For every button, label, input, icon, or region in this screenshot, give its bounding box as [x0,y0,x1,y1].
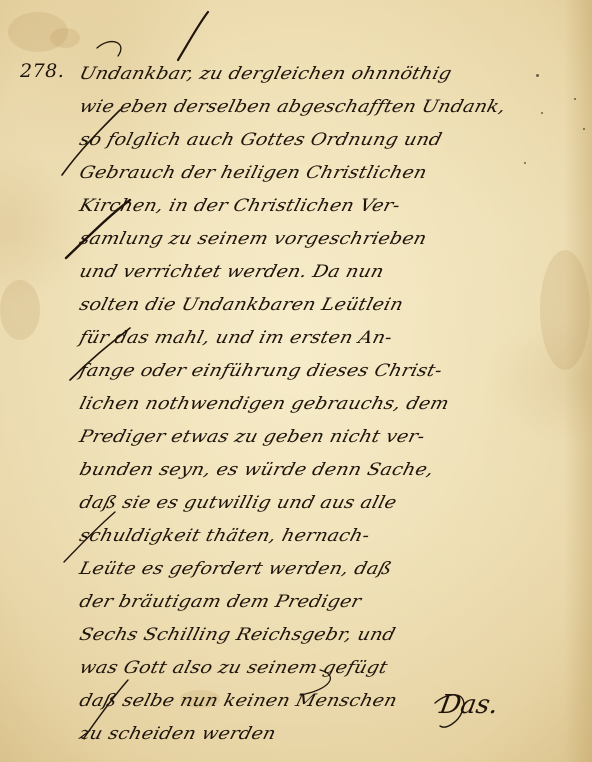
text-line: was Gott also zu seinem gefügt [76,653,523,683]
text-line: Gebrauch der heiligen Christlichen [76,158,523,188]
ink-speck [574,98,576,100]
text-line: Leüte es gefordert werden, daß [76,554,523,584]
text-line: zu scheiden werden [76,719,523,749]
text-line: wie eben derselben abgeschafften Undank, [76,92,523,122]
text-line: solten die Undankbaren Leütlein [76,290,523,320]
catchword: Das. [437,690,500,720]
manuscript-page: 278. Undankbar, zu dergleichen ohnnöthig… [0,0,592,762]
text-line: fange oder einführung dieses Christ- [76,356,523,386]
text-line: daß sie es gutwillig und aus alle [76,488,523,518]
text-line: Prediger etwas zu geben nicht ver- [76,422,523,452]
text-line: Undankbar, zu dergleichen ohnnöthig [76,59,523,89]
text-line: lichen nothwendigen gebrauchs, dem [76,389,523,419]
text-line: und verrichtet werden. Da nun [76,257,523,287]
text-line: der bräutigam dem Prediger [76,587,523,617]
paper-stain [50,28,80,48]
ink-speck [541,112,543,114]
text-line: schuldigkeit thäten, hernach- [76,521,523,551]
ink-speck [524,162,526,164]
text-line: samlung zu seinem vorgeschrieben [76,224,523,254]
paper-stain [540,250,590,370]
text-line: für das mahl, und im ersten An- [76,323,523,353]
text-line: bunden seyn, es würde denn Sache, [76,455,523,485]
page-edge-shadow [564,0,592,762]
handwritten-text-block: Undankbar, zu dergleichen ohnnöthig wie … [76,56,516,749]
text-line: Kirchen, in der Christlichen Ver- [76,191,523,221]
text-line: Sechs Schilling Reichsgebr, und [76,620,523,650]
paper-stain [0,280,40,340]
page-number: 278. [20,60,64,82]
ink-speck [583,128,585,130]
text-line: so folglich auch Gottes Ordnung und [76,125,523,155]
ink-speck [536,74,539,77]
